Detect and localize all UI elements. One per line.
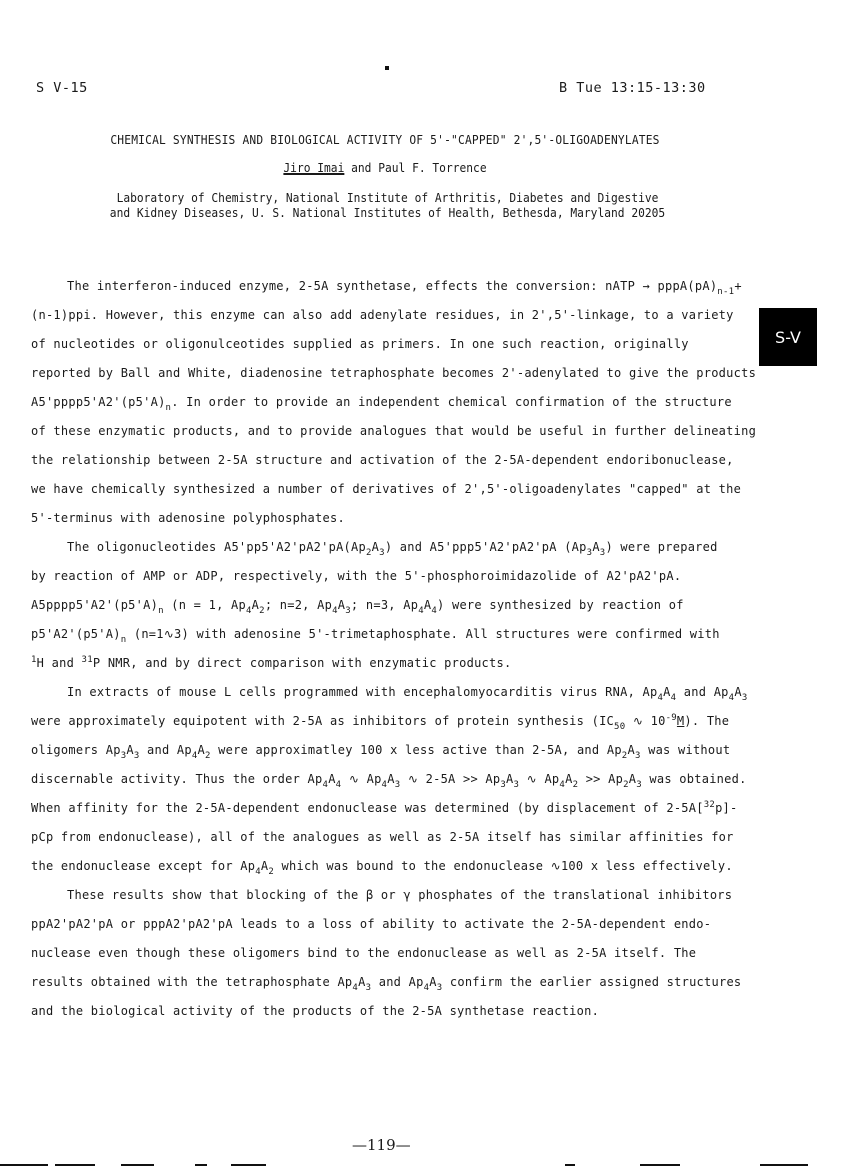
footer-rule [760, 1164, 808, 1166]
body-line: the endonuclease except for Ap4A2 which … [31, 859, 733, 873]
affiliation-line-2: and Kidney Diseases, U. S. National Inst… [39, 205, 737, 220]
stray-mark [385, 66, 389, 70]
body-line: A5'pppp5'A2'(p5'A)n. In order to provide… [31, 395, 732, 409]
body-line: by reaction of AMP or ADP, respectively,… [31, 569, 681, 583]
page-number: —119— [352, 1136, 411, 1154]
body-line: These results show that blocking of the … [31, 888, 732, 902]
co-authors: and Paul F. Torrence [344, 160, 486, 175]
authors: Jiro Imai and Paul F. Torrence [39, 160, 732, 175]
footer-rule [640, 1164, 680, 1166]
session-code: S V-15 [36, 80, 88, 96]
body-line: A5pppp5'A2'(p5'A)n (n = 1, Ap4A2; n=2, A… [31, 598, 684, 612]
footer-rule [231, 1164, 266, 1166]
body-line: When affinity for the 2-5A-dependent end… [31, 801, 738, 815]
body-line: The oligonucleotides A5'pp5'A2'pA2'pA(Ap… [31, 540, 718, 554]
body-line: p5'A2'(p5'A)n (n=1∿3) with adenosine 5'-… [31, 627, 720, 641]
body-line: discernable activity. Thus the order Ap4… [31, 772, 747, 786]
footer-rule [121, 1164, 154, 1166]
body-line: 5'-terminus with adenosine polyphosphate… [31, 511, 345, 525]
body-line: of these enzymatic products, and to prov… [31, 424, 756, 438]
body-line: nuclease even though these oligomers bin… [31, 946, 696, 960]
paper-title: CHEMICAL SYNTHESIS AND BIOLOGICAL ACTIVI… [39, 132, 732, 147]
footer-rule [0, 1164, 48, 1166]
body-line: results obtained with the tetraphosphate… [31, 975, 741, 989]
session-time: B Tue 13:15-13:30 [559, 80, 706, 96]
presenting-author: Jiro Imai [283, 160, 344, 175]
footer-rule [565, 1164, 575, 1166]
body-line: and the biological activity of the produ… [31, 1004, 599, 1018]
body-line: (n-1)ppi. However, this enzyme can also … [31, 308, 734, 322]
body-line: In extracts of mouse L cells programmed … [31, 685, 747, 699]
body-line: we have chemically synthesized a number … [31, 482, 741, 496]
body-line: the relationship between 2-5A structure … [31, 453, 734, 467]
body-line: reported by Ball and White, diadenosine … [31, 366, 756, 380]
section-tab: S-V [759, 308, 817, 366]
body-line: of nucleotides or oligonulceotides suppl… [31, 337, 689, 351]
body-line: 1H and 31P NMR, and by direct comparison… [31, 656, 511, 670]
body-line: oligomers Ap3A3 and Ap4A2 were approxima… [31, 743, 730, 757]
body-line: ppA2'pA2'pA or pppA2'pA2'pA leads to a l… [31, 917, 711, 931]
body-line: pCp from endonuclease), all of the analo… [31, 830, 734, 844]
footer-rule [55, 1164, 95, 1166]
affiliation-line-1: Laboratory of Chemistry, National Instit… [39, 190, 737, 205]
footer-rule [195, 1164, 207, 1166]
body-line: were approximately equipotent with 2-5A … [31, 714, 729, 728]
body-line: The interferon-induced enzyme, 2-5A synt… [31, 279, 742, 293]
